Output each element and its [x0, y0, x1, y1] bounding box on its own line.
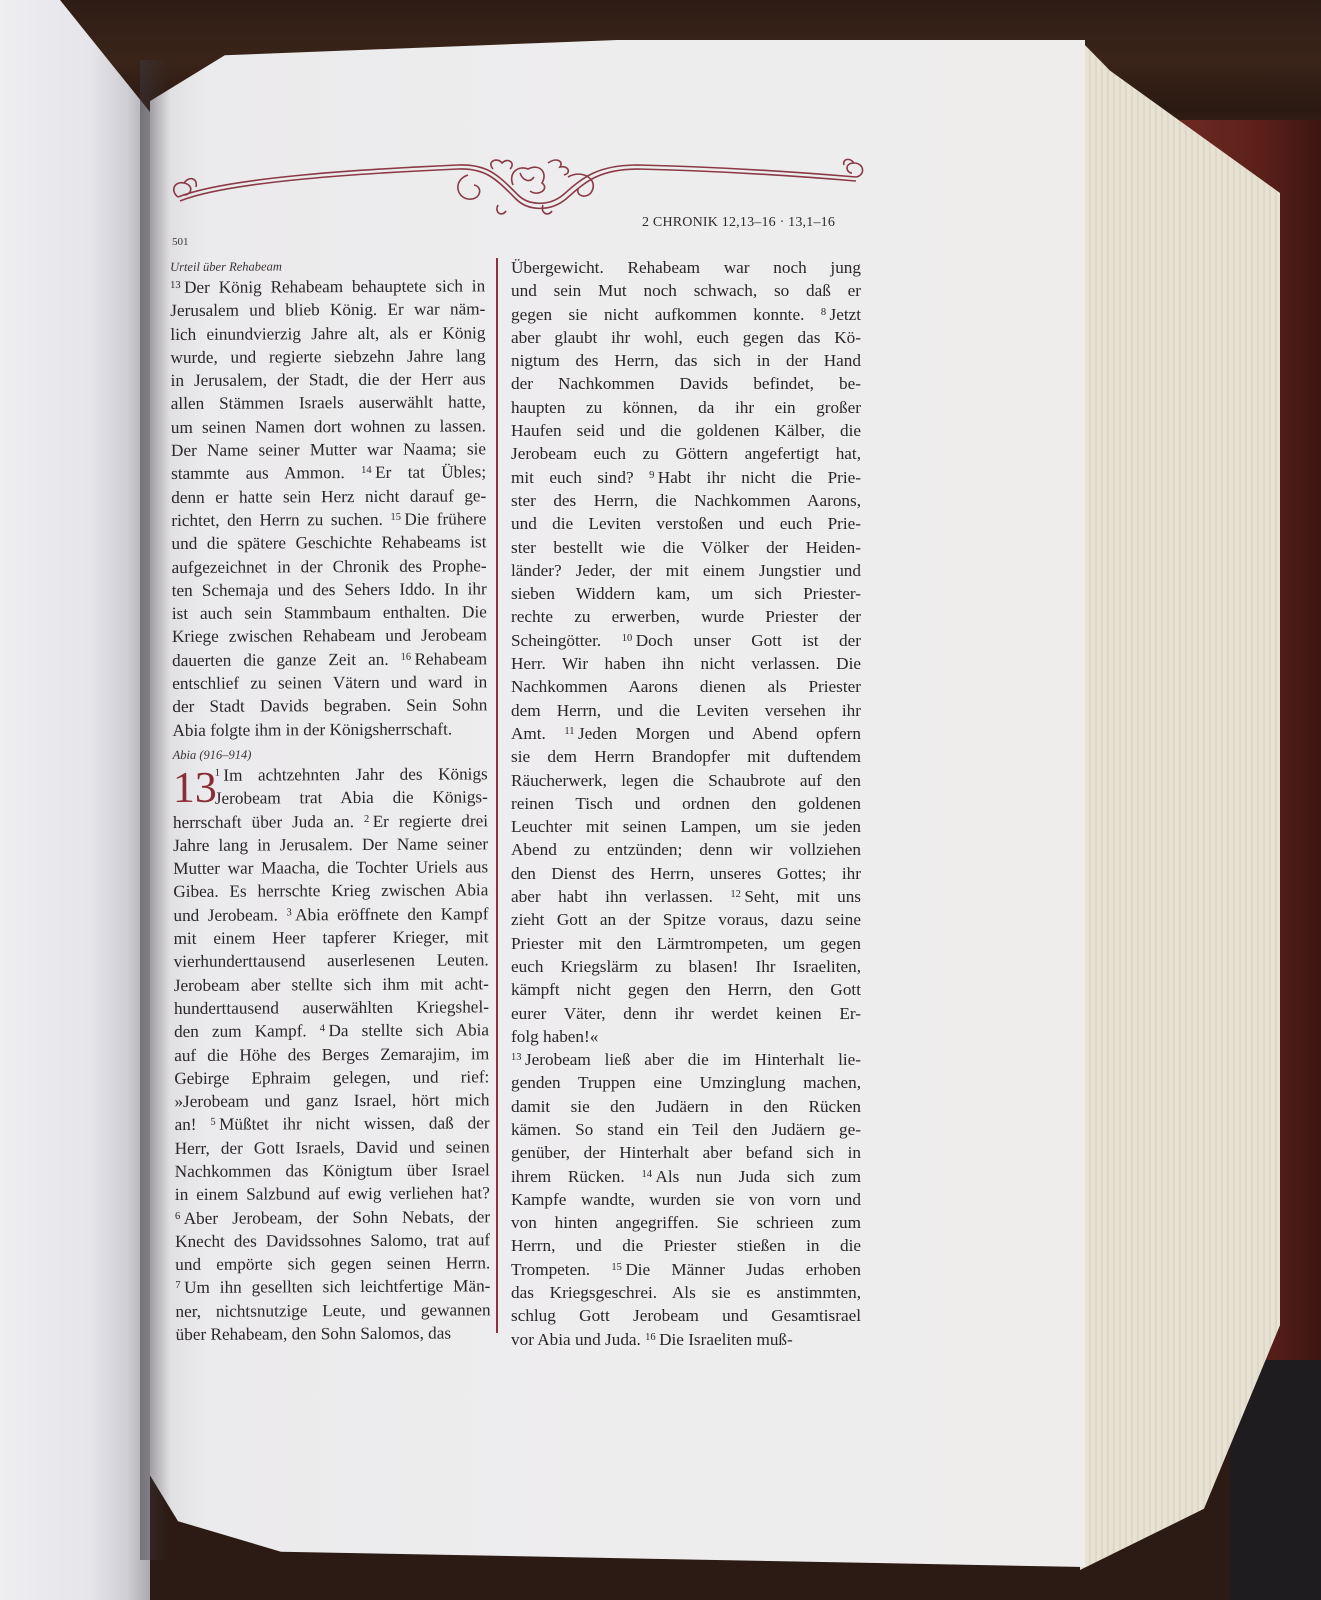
text-line: reinen Tisch und ordnen den goldenen	[511, 792, 861, 815]
text-line: haupten zu können, da ihr ein großer	[511, 396, 861, 419]
text-line: länder? Jeder, der mit einem Jungstier u…	[511, 559, 861, 582]
text-line: der Nachkommen Davids befindet, be-	[511, 372, 861, 395]
text-line: und Jerobeam. 3 Abia eröffnete den Kampf	[173, 902, 488, 927]
text-line: Übergewicht. Rehabeam war noch jung	[511, 256, 861, 279]
text-line: Amt. 11 Jeden Morgen und Abend opfern	[511, 722, 861, 745]
text-line: der Stadt Davids begraben. Sein Sohn	[172, 694, 487, 719]
paragraph-rehabeam: 13 Der König Rehabeam behauptete sich in…	[170, 274, 487, 742]
text-line: 1 Im achtzehnten Jahr des Königs	[173, 762, 488, 787]
verse-number: 15	[611, 1262, 622, 1273]
verse-number: 14	[641, 1169, 652, 1180]
text-line: Kampfe wandte, wurden sie von vorn und	[511, 1188, 861, 1211]
text-line: über Rehabeam, den Sohn Salomos, das	[176, 1321, 491, 1346]
text-line: genüber, der Hinterhalt aber befand sich…	[511, 1141, 861, 1164]
running-head: 2 CHRONIK 12,13–16 · 13,1–16	[642, 215, 835, 231]
text-line: den zum Kampf. 4 Da stellte sich Abia	[174, 1019, 489, 1044]
text-line: schlug Gott Jerobeam und Gesamtisrael	[511, 1304, 861, 1327]
text-line: Herrn, und die Priester stießen in die	[511, 1234, 861, 1257]
verse-number: 13	[170, 280, 181, 291]
text-line: wurde, und regierte siebzehn Jahre lang	[170, 344, 485, 369]
left-page-blank	[0, 0, 150, 1600]
text-line: ist auch sein Stammbaum enthalten. Die	[172, 601, 487, 626]
text-line: Haufen seid und die goldenen Kälber, die	[511, 419, 861, 442]
text-line: vierhunderttausend auserlesenen Leuten.	[174, 949, 489, 974]
text-line: Leuchter mit seinen Lampen, um sie jeden	[511, 815, 861, 838]
text-line: euch Kriegslärm zu blasen! Ihr Israelite…	[511, 955, 861, 978]
verse-number: 11	[564, 726, 574, 737]
text-line: Abend zu entzünden; denn wir vollziehen	[511, 838, 861, 861]
text-line: Jerobeam trat Abia die Königs-	[173, 786, 488, 811]
text-line: gegen sie nicht aufkommen konnte. 8 Jetz…	[511, 303, 861, 326]
text-line: allen Stämmen Israels auserwählt hatte,	[171, 391, 486, 416]
text-line: folg haben!«	[511, 1025, 861, 1048]
verse-number: 14	[361, 465, 372, 476]
text-line: aufgezeichnet in der Chronik des Prophe-	[172, 554, 487, 579]
text-line: denn er hatte sein Herz nicht darauf ge-	[171, 484, 486, 509]
text-line: dem Herrn, und die Leviten versehen ihr	[511, 699, 861, 722]
text-line: Knecht des Davidssohnes Salomo, trat auf	[175, 1228, 490, 1253]
page-number: 501	[172, 236, 189, 248]
text-line: Jahre lang in Jerusalem. Der Name seiner	[173, 832, 488, 857]
text-line: Herr. Wir haben ihn nicht verlassen. Die	[511, 652, 861, 675]
verse-number: 13	[511, 1052, 522, 1063]
text-line: aber glaubt ihr wohl, euch gegen das Kö-	[511, 326, 861, 349]
paragraph-abia-speech: Übergewicht. Rehabeam war noch jungund s…	[511, 256, 861, 1351]
text-line: das Kriegsgeschrei. Als sie es anstimmte…	[511, 1281, 861, 1304]
text-line: 13 Der König Rehabeam behauptete sich in	[170, 274, 485, 299]
text-line: Scheingötter. 10 Doch unser Gott ist der	[511, 629, 861, 652]
text-line: ihrem Rücken. 14 Als nun Juda sich zum	[511, 1165, 861, 1188]
text-line: in einem Salzbund auf ewig verliehen hat…	[175, 1182, 490, 1207]
text-line: um seinen Namen dort wohnen zu lassen.	[171, 414, 486, 439]
text-line: aber habt ihn verlassen. 12 Seht, mit un…	[511, 885, 861, 908]
left-text-column: Urteil über Rehabeam 13 Der König Rehabe…	[170, 256, 491, 1346]
chapter-number: 13	[173, 766, 217, 810]
text-line: 13 Jerobeam ließ aber die im Hinterhalt …	[511, 1048, 861, 1071]
verse-number: 16	[401, 651, 412, 662]
text-line: vor Abia und Juda. 16 Die Israeliten muß…	[511, 1328, 861, 1351]
text-line: Priester mit den Lärmtrompeten, um gegen	[511, 932, 861, 955]
text-line: von hinten angegriffen. Sie schrieen zum	[511, 1211, 861, 1234]
text-line: Mutter war Maacha, die Tochter Uriels au…	[173, 855, 488, 880]
text-line: ner, nichtsnutzige Leute, und gewannen	[175, 1298, 490, 1323]
text-line: und sein Mut noch schwach, so daß er	[511, 279, 861, 302]
text-line: in Jerusalem, der Stadt, die der Herr au…	[171, 368, 486, 393]
text-line: und die Leviten verstoßen und euch Prie-	[511, 512, 861, 535]
verse-number: 16	[645, 1332, 656, 1343]
verse-number: 10	[622, 633, 633, 644]
text-line: Gebirge Ephraim gelegen, und rief:	[174, 1065, 489, 1090]
text-line: 7 Um ihn gesellten sich leichtfertige Mä…	[175, 1275, 490, 1300]
text-line: Der Name seiner Mutter war Naama; sie	[171, 437, 486, 462]
text-line: stammte aus Ammon. 14 Er tat Übles;	[171, 461, 486, 486]
text-line: mit einem Heer tapferer Krieger, mit	[174, 925, 489, 950]
text-line: sieben Widdern kam, um sich Priester-	[511, 582, 861, 605]
text-line: ten Schemaja und des Sehers Iddo. In ihr	[172, 577, 487, 602]
text-line: »Jerobeam und ganz Israel, hört mich	[174, 1088, 489, 1113]
text-line: rechte zu erwerben, wurde Priester der	[511, 605, 861, 628]
text-line: genden Truppen eine Umzinglung machen,	[511, 1071, 861, 1094]
text-line: Jerobeam aber stellte sich ihm mit acht-	[174, 972, 489, 997]
verse-number: 15	[390, 512, 401, 523]
text-line: kämpft nicht gegen den Herrn, den Gott	[511, 978, 861, 1001]
right-text-column: Übergewicht. Rehabeam war noch jungund s…	[511, 256, 861, 1351]
text-line: Jerobeam euch zu Göttern angefertigt hat…	[511, 442, 861, 465]
text-line: Nachkommen das Königtum über Israel	[175, 1158, 490, 1183]
text-line: Abia folgte ihm in der Königsherrschaft.	[172, 717, 487, 742]
text-line: richtet, den Herrn zu suchen. 15 Die frü…	[171, 507, 486, 532]
text-line: mit euch sind? 9 Habt ihr nicht die Prie…	[511, 466, 861, 489]
text-line: eurer Väter, denn ihr werdet keinen Er-	[511, 1002, 861, 1025]
text-line: kämen. So stand ein Teil den Judäern ge-	[511, 1118, 861, 1141]
text-line: und empörte sich gegen seinen Herrn.	[175, 1252, 490, 1277]
text-line: Räucherwerk, legen die Schaubrote auf de…	[511, 769, 861, 792]
text-line: zieht Gott an der Spitze voraus, dazu se…	[511, 908, 861, 931]
section-heading: Abia (916–914)	[173, 744, 488, 764]
text-line: entschlief zu seinen Vätern und ward in	[172, 670, 487, 695]
text-line: Gibea. Es herrschte Krieg zwischen Abia	[173, 879, 488, 904]
text-line: Jerusalem und blieb König. Er war näm-	[170, 298, 485, 323]
gutter-shadow	[140, 60, 170, 1560]
section-heading: Urteil über Rehabeam	[170, 256, 485, 276]
text-line: Trompeten. 15 Die Männer Judas erhoben	[511, 1258, 861, 1281]
text-line: und die spätere Geschichte Rehabeams ist	[171, 531, 486, 556]
text-line: Kriege zwischen Rehabeam und Jerobeam	[172, 624, 487, 649]
text-line: herrschaft über Juda an. 2 Er regierte d…	[173, 809, 488, 834]
text-line: nigtum des Herrn, das sich in der Hand	[511, 349, 861, 372]
text-line: 6 Aber Jerobeam, der Sohn Nebats, der	[175, 1205, 490, 1230]
text-line: damit sie den Judäern in den Rücken	[511, 1095, 861, 1118]
text-line: ster bestellt wie die Völker der Heiden-	[511, 536, 861, 559]
text-line: dauerten die ganze Zeit an. 16 Rehabeam	[172, 647, 487, 672]
text-line: den Dienst des Herrn, unseres Gottes; ih…	[511, 862, 861, 885]
text-line: sie dem Herrn Brandopfer mit duftendem	[511, 745, 861, 768]
text-line: an! 5 Müßtet ihr nicht wissen, daß der	[174, 1112, 489, 1137]
page-block-edge	[1080, 40, 1280, 1570]
text-line: Herr, der Gott Israels, David und seinen	[175, 1135, 490, 1160]
text-line: lich einundvierzig Jahre alt, als er Kön…	[170, 321, 485, 346]
text-line: ster des Herrn, die Nachkommen Aarons,	[511, 489, 861, 512]
chapter-13-block: 13 1 Im achtzehnten Jahr des KönigsJerob…	[173, 762, 491, 1346]
text-line: auf die Höhe des Berges Zemarajim, im	[174, 1042, 489, 1067]
paragraph-abia: 1 Im achtzehnten Jahr des KönigsJerobeam…	[173, 762, 491, 1346]
verse-number: 12	[730, 889, 741, 900]
column-divider-rule	[496, 258, 498, 1333]
text-line: hunderttausend auserwählten Kriegshel-	[174, 995, 489, 1020]
text-line: Nachkommen Aarons dienen als Priester	[511, 675, 861, 698]
